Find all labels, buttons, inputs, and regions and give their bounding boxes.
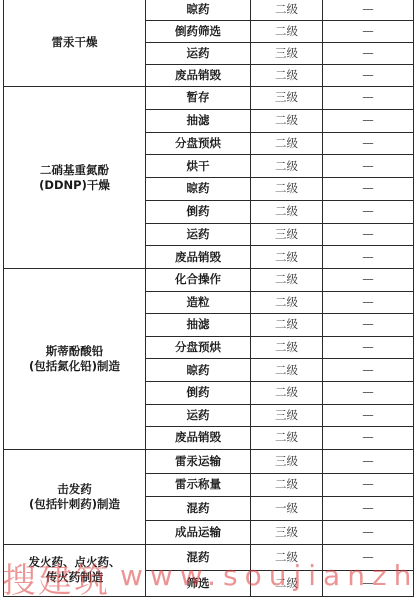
note-cell: — — [323, 65, 414, 87]
note-cell: — — [323, 246, 414, 269]
grade-cell: 三级 — [251, 223, 323, 246]
grade-cell: 二级 — [251, 359, 323, 382]
group-name-line: (包括针刺药)制造 — [4, 497, 145, 512]
grade-cell: 三级 — [251, 43, 323, 65]
process-cell: 倒药 — [146, 200, 251, 223]
grade-cell: 三级 — [251, 449, 323, 473]
note-cell: — — [323, 132, 414, 155]
process-cell: 废品销毁 — [146, 65, 251, 87]
grade-cell: 三级 — [251, 87, 323, 110]
group-name-cell: 斯蒂酚酸铅(包括氮化铅)制造 — [4, 269, 146, 450]
process-cell: 倒药筛选 — [146, 21, 251, 43]
process-cell: 造粒 — [146, 291, 251, 314]
table-row: 二硝基重氮酚(DDNP)干燥暂存三级— — [4, 87, 414, 110]
table-row: 击发药(包括针刺药)制造雷汞运输三级— — [4, 449, 414, 473]
process-cell: 晾药 — [146, 359, 251, 382]
process-cell: 化合操作 — [146, 269, 251, 292]
grade-cell: 三级 — [251, 521, 323, 545]
grade-cell: 一级 — [251, 497, 323, 521]
process-cell: 晾药 — [146, 178, 251, 201]
table-body: 雷汞干燥晾药二级—倒药筛选二级—运药三级—废品销毁二级—二硝基重氮酚(DDNP)… — [4, 0, 414, 596]
table-row: 雷汞干燥晾药二级— — [4, 0, 414, 21]
group-name-line: 击发药 — [4, 482, 145, 497]
hazard-grade-table: 雷汞干燥晾药二级—倒药筛选二级—运药三级—废品销毁二级—二硝基重氮酚(DDNP)… — [3, 0, 414, 597]
grade-cell: 二级 — [251, 132, 323, 155]
group-name-cell: 二硝基重氮酚(DDNP)干燥 — [4, 87, 146, 269]
process-cell: 晾药 — [146, 0, 251, 21]
note-cell: — — [323, 381, 414, 404]
note-cell: — — [323, 269, 414, 292]
grade-cell: 二级 — [251, 155, 323, 178]
note-cell: — — [323, 359, 414, 382]
grade-cell: 二级 — [251, 178, 323, 201]
process-cell: 分盘预烘 — [146, 336, 251, 359]
process-cell: 运药 — [146, 43, 251, 65]
process-cell: 抽滤 — [146, 109, 251, 132]
note-cell: — — [323, 109, 414, 132]
group-name-cell: 雷汞干燥 — [4, 0, 146, 87]
note-cell: — — [323, 200, 414, 223]
group-name-line: 发火药、点火药、 — [4, 555, 145, 570]
grade-cell: 二级 — [251, 544, 323, 570]
note-cell: — — [323, 544, 414, 570]
note-cell: — — [323, 314, 414, 337]
grade-cell: 二级 — [251, 291, 323, 314]
process-cell: 成品运输 — [146, 521, 251, 545]
process-cell: 抽滤 — [146, 314, 251, 337]
group-name-line: (包括氮化铅)制造 — [4, 359, 145, 374]
grade-cell: 三级 — [251, 404, 323, 427]
note-cell: — — [323, 155, 414, 178]
grade-cell: 二级 — [251, 336, 323, 359]
grade-cell: 二级 — [251, 109, 323, 132]
grade-cell: 二级 — [251, 570, 323, 596]
table-row: 发火药、点火药、传火药制造混药二级— — [4, 544, 414, 570]
grade-cell: 二级 — [251, 0, 323, 21]
group-name-line: 传火药制造 — [4, 570, 145, 585]
process-cell: 废品销毁 — [146, 246, 251, 269]
process-cell: 废品销毁 — [146, 427, 251, 450]
grade-cell: 二级 — [251, 65, 323, 87]
grade-cell: 二级 — [251, 314, 323, 337]
note-cell: — — [323, 0, 414, 21]
grade-cell: 二级 — [251, 269, 323, 292]
note-cell: — — [323, 449, 414, 473]
note-cell: — — [323, 473, 414, 497]
note-cell: — — [323, 427, 414, 450]
grade-cell: 二级 — [251, 427, 323, 450]
group-name-line: 雷汞干燥 — [4, 35, 145, 50]
group-name-line: (DDNP)干燥 — [4, 178, 145, 193]
note-cell: — — [323, 87, 414, 110]
note-cell: — — [323, 21, 414, 43]
process-cell: 烘干 — [146, 155, 251, 178]
note-cell: — — [323, 43, 414, 65]
grade-cell: 二级 — [251, 21, 323, 43]
process-cell: 倒药 — [146, 381, 251, 404]
process-cell: 暂存 — [146, 87, 251, 110]
process-cell: 混药 — [146, 497, 251, 521]
group-name-cell: 击发药(包括针刺药)制造 — [4, 449, 146, 544]
process-cell: 运药 — [146, 404, 251, 427]
process-cell: 运药 — [146, 223, 251, 246]
note-cell: — — [323, 291, 414, 314]
group-name-cell: 发火药、点火药、传火药制造 — [4, 544, 146, 596]
note-cell: — — [323, 521, 414, 545]
grade-cell: 二级 — [251, 200, 323, 223]
note-cell: — — [323, 570, 414, 596]
process-cell: 混药 — [146, 544, 251, 570]
process-cell: 分盘预烘 — [146, 132, 251, 155]
note-cell: — — [323, 223, 414, 246]
grade-cell: 二级 — [251, 246, 323, 269]
note-cell: — — [323, 404, 414, 427]
process-cell: 筛选 — [146, 570, 251, 596]
note-cell: — — [323, 497, 414, 521]
group-name-line: 斯蒂酚酸铅 — [4, 344, 145, 359]
note-cell: — — [323, 336, 414, 359]
process-cell: 雷汞运输 — [146, 449, 251, 473]
grade-cell: 二级 — [251, 381, 323, 404]
table-row: 斯蒂酚酸铅(包括氮化铅)制造化合操作二级— — [4, 269, 414, 292]
note-cell: — — [323, 178, 414, 201]
grade-cell: 二级 — [251, 473, 323, 497]
group-name-line: 二硝基重氮酚 — [4, 163, 145, 178]
process-cell: 雷示称量 — [146, 473, 251, 497]
